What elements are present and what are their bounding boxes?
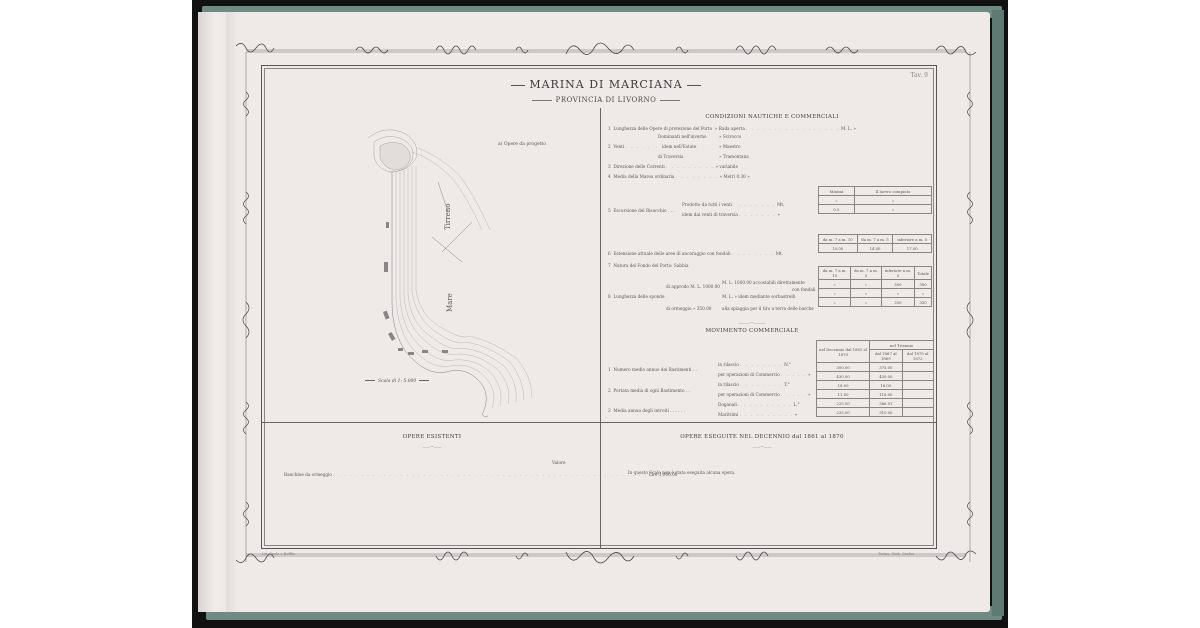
cell: 229.00	[817, 399, 870, 408]
cell: 300.00	[817, 363, 870, 372]
wind-val-2: » Maestro	[719, 144, 741, 149]
plate-title: MARINA DI MARCIANA	[506, 78, 706, 91]
condition-row-1: 1 Lunghezza delle Opere di protezione de…	[608, 126, 856, 131]
commerce-sub: Marittimi . . . . . . . . . . »	[718, 412, 797, 417]
row-value: » Rada aperta	[715, 126, 745, 131]
cell	[902, 363, 933, 372]
sub-label: per operazioni di Commercio	[718, 392, 780, 397]
commerce-row-2: 2 Portata media di ogni Bastimento . .	[608, 388, 690, 393]
sub-label: Doganali	[718, 402, 737, 407]
row-number: 8	[608, 294, 611, 299]
row-number: 2	[608, 388, 611, 393]
atlas-page: Lit. Guala e Boffito Torino, Stab. Grafi…	[198, 12, 990, 612]
row-value: » variabile	[716, 164, 738, 169]
leader-dots: . . . . . . . . . . . . . . . . .	[746, 126, 839, 131]
leader-dots: . . . . . . . .	[732, 251, 774, 256]
cell	[902, 399, 933, 408]
row-label: Venti	[613, 144, 624, 149]
swell-label: Prodotto da tutti i venti	[682, 202, 732, 207]
col-group-header: nel Triennio	[870, 341, 934, 350]
col-header: da m. 7 a m. 10	[819, 267, 851, 280]
wind-label: di Traversia	[658, 154, 683, 159]
cell: 10.00	[819, 244, 858, 253]
leader-dots: . . . . . . . . . . . . . . . . . . . . …	[333, 472, 647, 477]
cell: »	[819, 298, 851, 307]
harbor-map: Tirreno Mare a) Opere da progetto Scala …	[262, 112, 600, 422]
sub-label: in rilascio	[718, 382, 739, 387]
map-note: a) Opere da progetto	[498, 142, 546, 147]
sub-label: per operazioni di Commercio	[718, 372, 780, 377]
cell: 300	[881, 280, 915, 289]
sub-label: Marittimi	[718, 412, 738, 417]
col-header: Il Iarvro compiuto	[854, 187, 931, 196]
ornament-divider-icon: ——∽——	[412, 444, 452, 449]
sea-label-tirreno: Tirreno	[444, 204, 452, 230]
commerce-title: MOVIMENTO COMMERCIALE	[682, 328, 822, 334]
commerce-sub: per operazioni di Commercio . . . . . »	[718, 392, 811, 397]
value-column-header: Valore	[552, 460, 565, 465]
cell: »	[819, 280, 851, 289]
quay-note: con fondali	[792, 287, 816, 292]
sea-label-mare: Mare	[446, 293, 454, 312]
column-divider	[600, 108, 601, 548]
coastline-map-icon: Tirreno Mare	[262, 112, 600, 422]
cell	[902, 372, 933, 381]
row-number: 4	[608, 174, 611, 179]
quays-table: da m. 7 a m. 10da m. 7 a m. 5inferiore a…	[818, 266, 932, 307]
wind-label: idem nell'Estate	[662, 144, 696, 149]
cell: »	[819, 196, 855, 205]
condition-row-8: 8 Lunghezza delle sponde	[608, 294, 664, 299]
cell: 18.00	[817, 381, 870, 390]
leader-dots: . . . . . . . . .	[666, 164, 714, 169]
condition-row-4: 4 Media della Marea ordinaria . . . . . …	[608, 174, 750, 179]
sub-label: in rilascio	[718, 362, 739, 367]
commerce-row-1: 1 Numero medio annuo dei Bastimenti . .	[608, 367, 697, 372]
col-header: nel Decennio dal 1861 al 1870	[817, 341, 870, 363]
book: Lit. Guala e Boffito Torino, Stab. Grafi…	[192, 0, 1008, 628]
decade-works-title: OPERE ESEGUITE NEL DECENNIO dal 1861 al …	[642, 434, 882, 440]
row-number: 1	[608, 126, 611, 131]
col-header: inferiore a m. 5	[893, 235, 932, 244]
wind-sub-2: idem nell'Estate	[662, 144, 696, 149]
row-label: Portata media di ogni Bastimento	[613, 388, 684, 393]
row-number: 2	[608, 144, 611, 149]
swell-sub-1: Prodotto da tutti i venti . . . . . . . …	[682, 202, 784, 207]
swell-unit: »	[777, 212, 780, 217]
quay-sub-1: M. L. 1000.00 accostabili direttamente	[722, 280, 805, 285]
quay-group-2: di ormeggio » 350.00	[666, 306, 711, 311]
row-label: Direzione delle Correnti	[613, 164, 664, 169]
cell	[902, 381, 933, 390]
section-divider	[262, 422, 936, 423]
quay-group-1: di approdo M. L. 1000.00	[666, 284, 720, 289]
cell: 375.00	[870, 363, 902, 372]
unit: »	[808, 392, 811, 397]
leader-dots: . . . . . . .	[739, 212, 776, 217]
cell	[902, 390, 933, 399]
col-header: inferiore a m. 5	[881, 267, 915, 280]
col-header: da m. 7 a m. 5	[851, 267, 881, 280]
leader-dots: . . . . .	[781, 372, 806, 377]
cell: 11.00	[817, 390, 870, 399]
condition-row-3: 3 Direzione delle Correnti . . . . . . .…	[608, 164, 738, 169]
row-unit: Mt.	[776, 251, 783, 256]
printer-credit-left: Lit. Guala e Boffito	[262, 552, 296, 556]
condition-row-7: 7 Natura del Fondo del Porto: Sabbia	[608, 263, 688, 268]
cell: 235.00	[817, 408, 870, 417]
row-number: 7	[608, 263, 611, 268]
printer-credit-right: Torino, Stab. Grafici	[878, 552, 914, 556]
ornament-divider-icon: ——∽——	[742, 444, 782, 449]
row-number: 6	[608, 251, 611, 256]
ornamental-border-right-icon	[964, 52, 976, 562]
plate-subtitle: PROVINCIA DI LIVORNO	[506, 96, 706, 104]
depth-table: da m. 7 a m. 10da m. 7 a m. 5inferiore a…	[818, 234, 932, 253]
commerce-sub: in rilascio . . . . . . . . T.°	[718, 382, 790, 387]
unit: T.°	[784, 382, 790, 387]
unit: »	[795, 412, 798, 417]
cell: 116.00	[870, 390, 902, 399]
cell: »	[915, 289, 932, 298]
leader-dots: . . . . . . . .	[733, 202, 775, 207]
col-header: dal 1870 al 1872	[902, 350, 933, 363]
page-gutter	[198, 12, 226, 612]
cell: 300	[915, 280, 932, 289]
row-label: Lunghezza delle sponde	[613, 294, 664, 299]
cell: 430.00	[870, 372, 902, 381]
unit: N.°	[784, 362, 791, 367]
condition-row-6: 6 Estensione attuale delle aree di ancor…	[608, 251, 783, 256]
leader-dots: . . . . . . . .	[740, 382, 782, 387]
swell-sub-2: idem dai venti di traversia . . . . . . …	[682, 212, 780, 217]
cover-edge-right	[992, 10, 1004, 616]
commerce-sub: per operazioni di Commercio . . . . . »	[718, 372, 811, 377]
gutter-shadow	[226, 12, 238, 612]
swell-table: MinimiIl Iarvro compiuto »» 0.5»	[818, 186, 932, 214]
conditions-title: CONDIZIONI NAUTICHE E COMMERCIALI	[642, 114, 902, 120]
unit: »	[808, 372, 811, 377]
ornamental-border-left-icon	[240, 52, 252, 562]
col-header: da m. 7 a m. 10	[819, 235, 858, 244]
commerce-row-3: 3 Media annua degli introiti . . . . . .	[608, 408, 685, 413]
cell: 14.00	[857, 244, 893, 253]
plate-frame: MARINA DI MARCIANA PROVINCIA DI LIVORNO …	[261, 65, 937, 549]
row-value: » Metri 0.30 »	[719, 174, 749, 179]
commerce-table: nel Decennio dal 1861 al 1870 nel Trienn…	[816, 340, 934, 417]
existing-works-row: Banchine da ormeggio . . . . . . . . . .…	[284, 472, 677, 477]
cell: »	[854, 205, 931, 214]
col-header: Minimi	[819, 187, 855, 196]
row-number: 5	[608, 208, 611, 213]
col-header: dal 1867 al 1869	[870, 350, 902, 363]
cell: 350	[915, 298, 932, 307]
row-label: Estensione attuale delle aree di ancorag…	[613, 251, 730, 256]
row-label: Media annua degli introiti	[613, 408, 668, 413]
col-header: da m. 7 a m. 5	[857, 235, 893, 244]
wind-label: Dominanti nell'inverno	[658, 134, 707, 139]
leader-dots: . . . . . . . .	[740, 362, 782, 367]
cell: »	[854, 196, 931, 205]
row-number: 1	[608, 367, 611, 372]
wind-sub-3: di Traversia	[658, 154, 683, 159]
quay-sub-3: alla spiaggia per il tiro a terra delle …	[722, 306, 814, 311]
wind-val-3: » Tramontana	[719, 154, 749, 159]
cell: 18.00	[870, 381, 902, 390]
row-label: Natura del Fondo del Porto: Sabbia	[613, 263, 688, 268]
cell: 17.00	[893, 244, 932, 253]
cell: 430.00	[817, 372, 870, 381]
commerce-sub: in rilascio . . . . . . . . N.°	[718, 362, 791, 367]
cell: 0.5	[819, 205, 855, 214]
existing-works-title: OPERE ESISTENTI	[352, 434, 512, 440]
wind-sub-1: Dominanti nell'inverno	[658, 134, 707, 139]
condition-row-2: 2 Venti . . . . .	[608, 144, 651, 149]
cell: »	[851, 298, 881, 307]
cell: 386.91	[870, 399, 902, 408]
row-number: 3	[608, 164, 611, 169]
row-label: Media della Marea ordinaria	[613, 174, 674, 179]
row-unit: M. L.	[841, 126, 852, 131]
unit: L.°	[793, 402, 799, 407]
row-end: »	[853, 126, 856, 131]
row-label: Lunghezza delle Opere di protezione del …	[613, 126, 712, 131]
leader-dots: . . . . . . . . . .	[739, 412, 793, 417]
quay-sub-2: M. L. » idem mediante sorbastrelli	[722, 294, 795, 299]
leader-dots: . . . . .	[781, 392, 806, 397]
cell: »	[881, 289, 915, 298]
wind-val-1: » Scirocco	[719, 134, 741, 139]
row-label: Banchine da ormeggio	[284, 472, 332, 477]
cell: 310.00	[870, 408, 902, 417]
commerce-sub: Doganali . . . . . . . . . . L.°	[718, 402, 800, 407]
leader-dots: . . . . .	[626, 144, 651, 149]
map-scale: Scala di 1: 5.000	[362, 379, 432, 384]
leader-dots: . . . . . . . .	[676, 174, 718, 179]
ornamental-border-top-icon	[236, 42, 976, 58]
cell: »	[851, 280, 881, 289]
row-label: Escursione del Risucchio	[613, 208, 666, 213]
plate-number: Tav. 9	[911, 72, 928, 79]
ornament-divider-icon: ———∽———	[722, 320, 782, 325]
cell: 350	[881, 298, 915, 307]
cell: »	[819, 289, 851, 298]
cell	[902, 408, 933, 417]
leader-dots: . . . . . . . . . .	[738, 402, 792, 407]
decade-works-text: In questo Scalo non è stata eseguita alc…	[628, 470, 735, 475]
cell: »	[851, 289, 881, 298]
col-header: Totale	[915, 267, 932, 280]
row-number: 3	[608, 408, 611, 413]
swell-label: idem dai venti di traversia	[682, 212, 738, 217]
row-label: Numero medio annuo dei Bastimenti	[613, 367, 691, 372]
condition-row-5: 5 Escursione del Risucchio . . .	[608, 208, 675, 213]
swell-unit: Mt.	[777, 202, 784, 207]
ornamental-border-bottom-icon	[236, 548, 976, 564]
